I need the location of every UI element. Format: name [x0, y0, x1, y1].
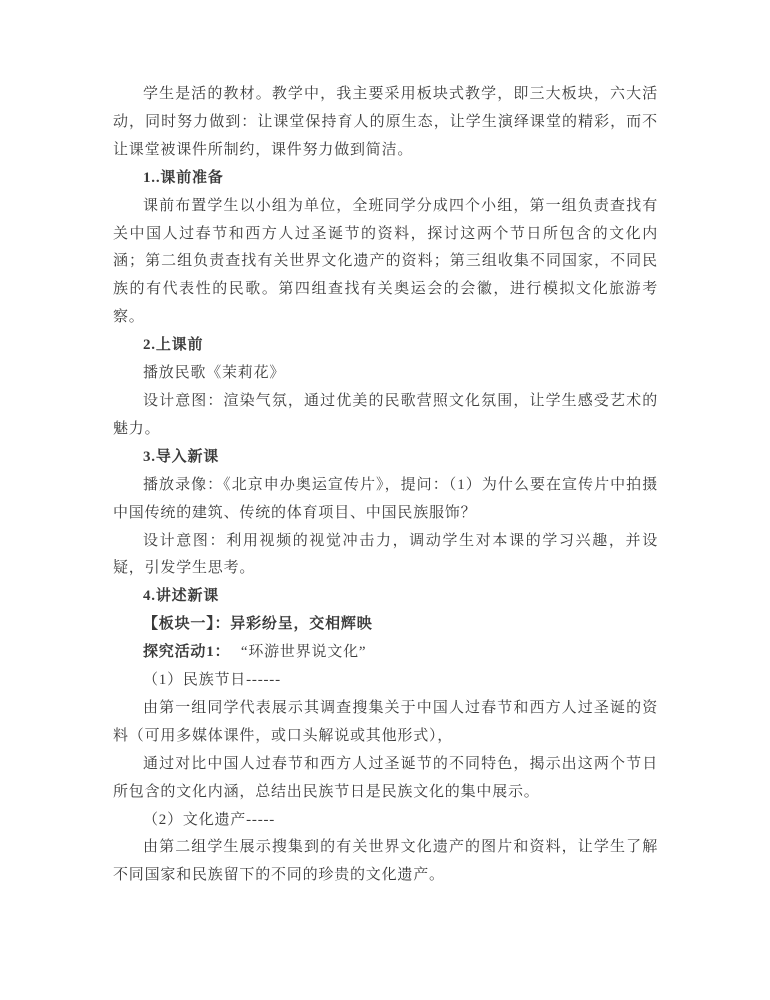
- heading-3-lead-in: 3.导入新课: [113, 444, 658, 472]
- heading-4-new-lesson: 4.讲述新课: [113, 583, 658, 611]
- document-page: 学生是活的教材。教学中，我主要采用板块式教学，即三大板块，六大活动，同时努力做到…: [113, 81, 658, 890]
- heading-1-pre-class-preparation: 1..课前准备: [113, 165, 658, 193]
- para-compare-festivals: 通过对比中国人过春节和西方人过圣诞节的不同特色，揭示出这两个节日所包含的文化内涵…: [113, 751, 658, 807]
- para-group2-presentation: 由第二组学生展示搜集到的有关世界文化遗产的图片和资料，让学生了解不同国家和民族留…: [113, 834, 658, 890]
- heading-module-1: 【板块一】：异彩纷呈，交相辉映: [113, 611, 658, 639]
- para-cultural-heritage: （2）文化遗产-----: [113, 807, 658, 835]
- para-design-intent-2: 设计意图：利用视频的视觉冲击力，调动学生对本课的学习兴趣，并设疑，引发学生思考。: [113, 528, 658, 584]
- heading-2-before-class: 2.上课前: [113, 332, 658, 360]
- para-ethnic-festivals: （1）民族节日------: [113, 667, 658, 695]
- para-group1-presentation: 由第一组同学代表展示其调查搜集关于中国人过春节和西方人过圣诞的资料（可用多媒体课…: [113, 695, 658, 751]
- activity-1-label: 探究活动1：: [143, 644, 230, 660]
- activity-1-title: “环游世界说文化”: [241, 644, 367, 660]
- heading-activity-1: 探究活动1： “环游世界说文化”: [113, 639, 658, 667]
- para-play-video: 播放录像：《北京申办奥运宣传片》，提问：（1）为什么要在宣传片中拍摄中国传统的建…: [113, 472, 658, 528]
- para-design-intent-1: 设计意图：渲染气氛，通过优美的民歌营照文化氛围，让学生感受艺术的魅力。: [113, 388, 658, 444]
- para-group-assignments: 课前布置学生以小组为单位，全班同学分成四个小组，第一组负责查找有关中国人过春节和…: [113, 193, 658, 333]
- para-teaching-approach: 学生是活的教材。教学中，我主要采用板块式教学，即三大板块，六大活动，同时努力做到…: [113, 81, 658, 165]
- para-play-folk-song: 播放民歌《茉莉花》: [113, 360, 658, 388]
